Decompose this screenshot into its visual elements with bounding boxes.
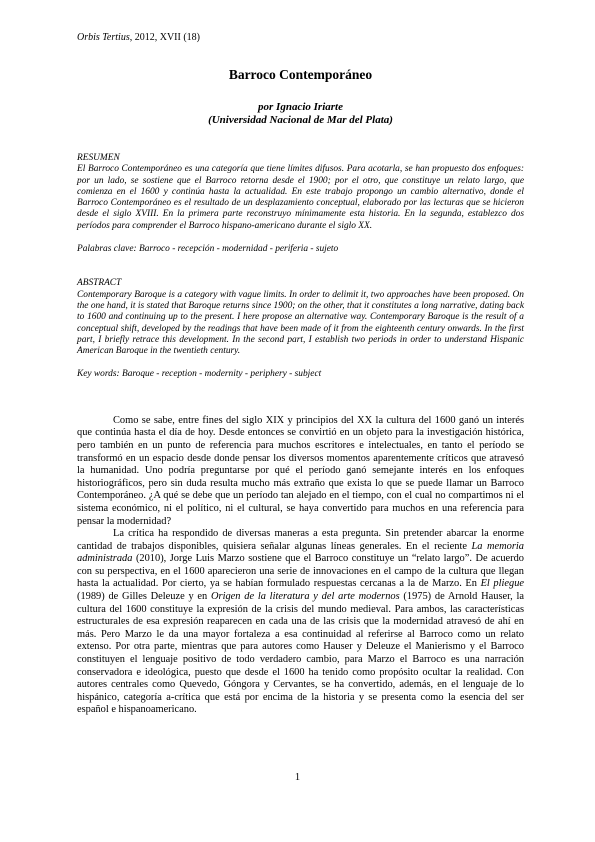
paper-title: Barroco Contemporáneo — [77, 67, 524, 82]
book-title-el-pliegue: El pliegue — [481, 578, 524, 589]
abstract-text: Contemporary Baroque is a category with … — [77, 290, 524, 356]
resumen-heading: RESUMEN — [77, 153, 524, 164]
palabras-clave: Palabras clave: Barroco - recepción - mo… — [77, 244, 524, 255]
author-affiliation: (Universidad Nacional de Mar del Plata) — [77, 114, 524, 127]
body-paragraph-2-text: La crítica ha respondido de diversas man… — [77, 528, 524, 552]
author-name: por Ignacio Iriarte — [77, 101, 524, 114]
resumen-section: RESUMENEl Barroco Contemporáneo es una c… — [77, 153, 524, 232]
body-paragraph-2-text: (1989) de Gilles Deleuze y en — [77, 591, 211, 602]
byline: por Ignacio Iriarte (Universidad Naciona… — [77, 101, 524, 127]
paper-page: Orbis Tertius, 2012, XVII (18) Barroco C… — [0, 0, 595, 842]
body-paragraph-2: La crítica ha respondido de diversas man… — [77, 528, 524, 717]
abstract-section: ABSTRACTContemporary Baroque is a catego… — [77, 278, 524, 357]
key-words: Key words: Baroque - reception - moderni… — [77, 369, 524, 380]
body-paragraph-2-text: (2010), Jorge Luis Marzo sostiene que el… — [77, 553, 524, 589]
page-number: 1 — [0, 772, 595, 784]
book-title-origen-de-la-literatura: Origen de la literatura y del arte moder… — [211, 591, 400, 602]
journal-header: Orbis Tertius, 2012, XVII (18) — [77, 32, 524, 44]
abstract-heading: ABSTRACT — [77, 278, 524, 289]
body-paragraph-1: Como se sabe, entre fines del siglo XIX … — [77, 415, 524, 528]
journal-issue: , 2012, XVII (18) — [130, 32, 200, 43]
journal-title: Orbis Tertius — [77, 32, 130, 43]
article-body: Como se sabe, entre fines del siglo XIX … — [77, 415, 524, 717]
body-paragraph-2-text: (1975) de Arnold Hauser, la cultura del … — [77, 591, 524, 715]
resumen-text: El Barroco Contemporáneo es una categorí… — [77, 164, 524, 230]
